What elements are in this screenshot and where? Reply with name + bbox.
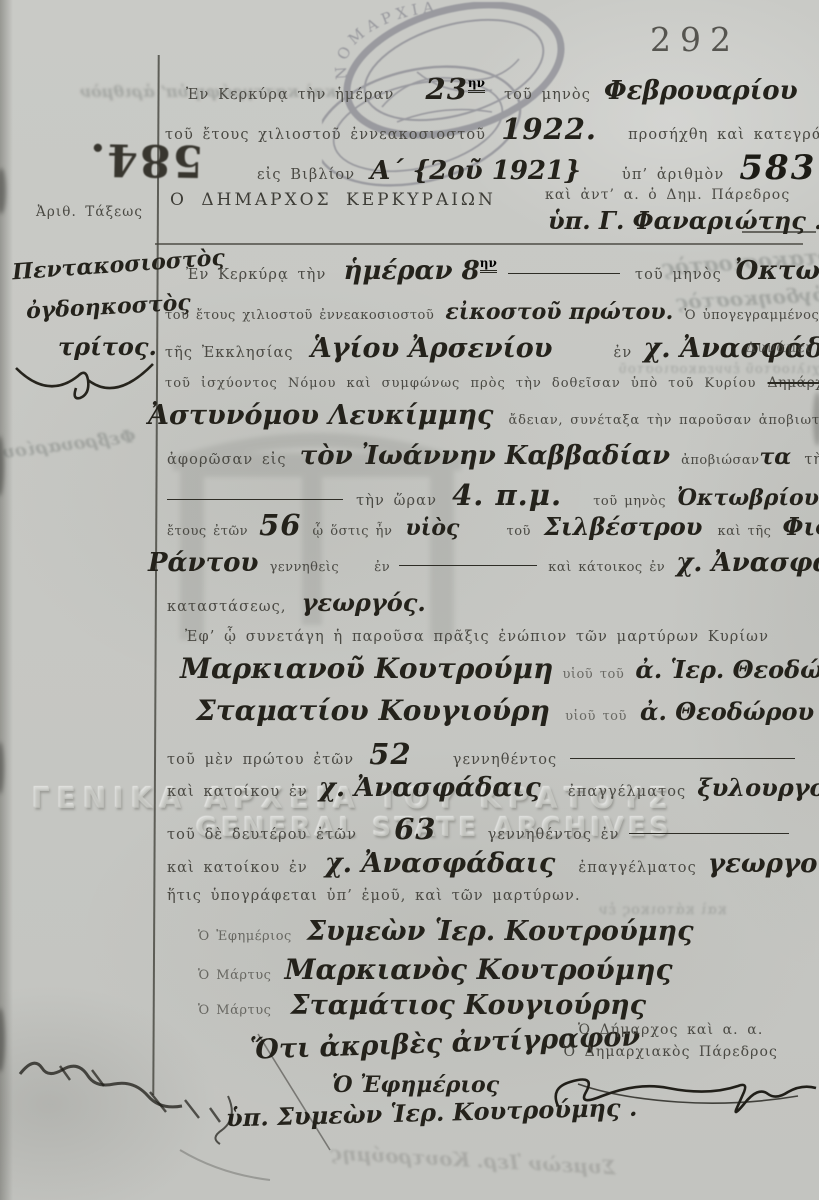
- field-witness1-village: χ. Ἀνασφάδαις: [319, 773, 541, 803]
- mayor-deputy-note-1: Ὁ Δήμαρχος καὶ α. α.: [578, 1022, 763, 1038]
- form-text: Ὁ ὑπογεγραμμένος Ἐφημέριος: [684, 308, 819, 323]
- witness2-signature: Σταμάτιος Κουγιούρης: [291, 990, 647, 1021]
- bleedthrough-text: Φεβρουαρίου: [1, 426, 137, 463]
- form-text: καὶ κατοίκου ἐν: [167, 784, 308, 800]
- field-witness2-occupation: γεωργοῦ: [708, 849, 819, 879]
- margin-ordinal-word-3: τρίτος.: [58, 332, 157, 361]
- deputy-mayor-flourish-signature: [548, 1058, 819, 1128]
- form-text: ἀποβιώσαν: [681, 453, 759, 468]
- bleedthrough-text: Συμεὼν Ἱερ. Κουτρούμης: [330, 1141, 617, 1180]
- act-line-17: καὶ κατοίκου ἐν χ. Ἀνασφάδαις ἐπαγγέλματ…: [167, 848, 819, 879]
- form-text: γεννηθέντος: [453, 752, 558, 768]
- form-text-dynamei: Δυνάμει: [746, 340, 812, 356]
- header-line-2: τοῦ ἔτους χιλιοστοῦ ἐννεακοσιοστοῦ 1922.…: [165, 112, 819, 146]
- field-witness1-father: ἀ. Ἱερ. Θεοδώρου καὶ: [635, 655, 819, 684]
- form-text: ἄδειαν, συνέταξα τὴν παροῦσαν ἀποβιωτήρι…: [509, 413, 819, 428]
- form-text: τὴν ἡμέραν: [804, 452, 819, 468]
- form-text: ᾧ ὅστις ἦν: [313, 524, 393, 539]
- form-text: ἐπαγγέλματος: [568, 784, 686, 800]
- form-text: καὶ τῆς: [718, 524, 772, 539]
- edge-blot: [813, 392, 819, 446]
- form-text: ὑπ’ ἀριθμὸν: [622, 167, 724, 183]
- field-witness2-father: ἀ. Θεοδώρου: [640, 697, 814, 726]
- act-line-6: ἀφορῶσαν εἰς τὸν Ἰωάννην Καββαδίαν ἀποβι…: [167, 437, 819, 471]
- field-church-name: Ἁγίου Ἀρσενίου: [311, 333, 553, 364]
- field-registration-year: 1922.: [501, 112, 597, 146]
- blank-underline: [399, 563, 537, 566]
- form-text: γεννηθέντος ἐν: [488, 827, 620, 843]
- field-father-name: Σιλβέστρου: [544, 512, 702, 541]
- form-text: τοῦ μὲν πρώτου ἐτῶν: [167, 752, 354, 768]
- day-ordinal-suffix: ην: [480, 257, 497, 273]
- field-death-time: 4. π.μ.: [452, 478, 562, 512]
- form-text: ἐπαγγέλματος: [578, 860, 696, 876]
- mayor-title: Ο ΔΗΜΑΡΧΟΣ ΚΕΡΚΥΡΑΙΩΝ: [170, 190, 496, 210]
- act-line-10: καταστάσεως, γεωργός.: [167, 588, 426, 617]
- edge-blot: [0, 168, 6, 214]
- signature-stroke: [556, 1080, 816, 1112]
- form-text: τοῦ μηνὸς: [593, 494, 666, 509]
- signature-label: Ὁ Ἐφημέριος: [198, 929, 292, 944]
- form-text: ἀφορῶσαν εἰς: [167, 452, 287, 468]
- act-line-9: Ράντου γεννηθεὶς ἐν καὶ κάτοικος ἐν χ. Ἀ…: [148, 548, 819, 578]
- form-text: τοῦ μηνὸς: [504, 87, 591, 103]
- field-death-reg-day: ἡμέραν 8: [343, 256, 479, 286]
- act-line-witness-2: Σταματίου Κουγιούρη υἱοῦ τοῦ ἀ. Θεοδώρου: [196, 694, 814, 727]
- signature-witness-1: Ὁ Μάρτυς Μαρκιανὸς Κουτρούμης: [198, 953, 673, 986]
- act-line-14: τοῦ μὲν πρώτου ἐτῶν 52 γεννηθέντος: [167, 737, 795, 771]
- form-text: υἱοῦ τοῦ: [562, 667, 624, 682]
- field-residence-village: χ. Ἀνασφάδαις: [676, 548, 819, 578]
- blank-underline: [167, 497, 343, 500]
- witness1-signature: Μαρκιανὸς Κουτρούμης: [285, 953, 673, 986]
- form-text: ἐν: [614, 345, 633, 361]
- act-line-7: τὴν ὥραν 4. π.μ. τοῦ μηνὸς Ὀκτωβρίου τοῦ…: [167, 478, 819, 512]
- field-witness1-age: 52: [369, 737, 411, 771]
- blank-underline: [570, 756, 795, 759]
- form-text: τοῦ ἔτους χιλιοστοῦ ἐννεακοσιοστοῦ: [165, 127, 486, 143]
- field-witness2-village: χ. Ἀνασφάδαις: [325, 848, 555, 879]
- form-text: Ἐν Κερκύρᾳ τὴν: [186, 267, 326, 283]
- blank-underline: [508, 271, 620, 274]
- act-line-15: καὶ κατοίκου ἐν χ. Ἀνασφάδαις ἐπαγγέλματ…: [167, 773, 819, 803]
- form-text: ἔτους ἐτῶν: [167, 524, 248, 539]
- field-son-of: υἱὸς: [405, 515, 459, 541]
- form-text: γεννηθεὶς: [270, 560, 340, 575]
- act-line-3: τῆς Ἐκκλησίας Ἁγίου Ἀρσενίου ἐν χ. Ἀνασφ…: [165, 333, 819, 364]
- field-registration-month: Φεβρουαρίου: [604, 76, 798, 106]
- field-registration-number: 583.: [739, 148, 819, 188]
- field-death-reg-month: Ὀκτωβρίου: [735, 256, 819, 286]
- act-line-2: τοῦ ἔτους χιλιοστοῦ ἐννεακοσιοστοῦ εἰκοσ…: [165, 299, 819, 325]
- form-text: τοῦ μηνὸς: [635, 267, 722, 283]
- signature-witness-2: Ὁ Μάρτυς Σταμάτιος Κουγιούρης: [198, 990, 646, 1021]
- deputy-mayor-signature: ὑπ. Γ. Φαναριώτης .: [548, 206, 819, 235]
- form-text: τὴν ὥραν: [356, 493, 437, 509]
- form-text: Ἐν Κερκύρᾳ τὴν ἡμέραν: [186, 87, 394, 103]
- field-deceased-name: τὸν Ἰωάννην Καββαδίαν: [300, 441, 670, 471]
- form-text: ἐν: [374, 560, 390, 575]
- act-line-1: Ἐν Κερκύρᾳ τὴν ἡμέραν 8ην τοῦ μηνὸς Ὀκτω…: [186, 256, 819, 286]
- form-text: εἰς Βιβλίον: [257, 167, 355, 183]
- form-text: υἱοῦ τοῦ: [565, 709, 627, 724]
- act-line-5: Ἀστυνόμου Λευκίμμης ἄδειαν, συνέταξα τὴν…: [148, 400, 819, 431]
- decorative-stroke: [16, 364, 153, 398]
- field-registration-day: 23: [426, 72, 468, 106]
- struck-word-mayor: Δημάρχου: [768, 375, 819, 391]
- blank-underline: [629, 831, 789, 834]
- form-text: καὶ κάτοικος ἐν: [548, 560, 665, 575]
- field-word-ending: τα: [760, 444, 792, 470]
- field-witness1-name: Μαρκιανοῦ Κουτρούμη: [180, 652, 553, 685]
- header-line-3: εἰς Βιβλίον Α´ {2οῦ 1921} ὑπ’ ἀριθμὸν 58…: [257, 148, 819, 188]
- decorative-stroke: [258, 1034, 330, 1150]
- priest-signature: Συμεὼν Ἱερ. Κουτρούμης: [307, 916, 694, 947]
- page-number: 292: [650, 20, 740, 59]
- act-line-11: Ἐφ’ ᾧ συνετάγη ἡ παροῦσα πρᾶξις ἐνώπιον …: [185, 629, 769, 645]
- header-line-1: Ἐν Κερκύρᾳ τὴν ἡμέραν 23ην τοῦ μηνὸς Φεβ…: [186, 72, 798, 106]
- field-register-book: Α´ {2οῦ 1921}: [370, 156, 581, 186]
- certifier-role: Ὁ Ἐφημέριος: [332, 1072, 499, 1098]
- field-mother-surname: Ράντου: [148, 548, 258, 578]
- field-witness2-age: 63: [394, 812, 436, 846]
- form-text: τοῦ: [507, 524, 531, 539]
- deputy-mayor-title: καὶ ἀντ’ α. ὁ Δημ. Πάρεδρος: [545, 187, 790, 203]
- act-line-witness-1: Μαρκιανοῦ Κουτρούμη υἱοῦ τοῦ ἀ. Ἱερ. Θεο…: [180, 652, 819, 685]
- form-text: καὶ κατοίκου ἐν: [167, 860, 308, 876]
- bleedthrough-registration-number: 584.: [88, 133, 204, 186]
- field-deceased-age: 56: [259, 508, 301, 542]
- field-permit-authority: Ἀστυνόμου Λευκίμμης: [148, 400, 493, 431]
- scanned-death-record-page: ΓΕΝΙΚΑ ΑΡΧΕΙΑ ΤΟΥ ΚΡΑΤΟΥΣ GENERAL STATE …: [0, 0, 819, 1200]
- margin-order-number-label: Ἀριθ. Τάξεως: [36, 204, 143, 220]
- edge-blot: [0, 742, 4, 794]
- field-deceased-occupation: γεωργός.: [302, 588, 426, 617]
- act-line-8: ἔτους ἐτῶν 56 ᾧ ὅστις ἦν υἱὸς τοῦ Σιλβέσ…: [167, 508, 819, 542]
- act-line-4: τοῦ ἰσχύοντος Νόμου καὶ συμφώνως πρὸς τὴ…: [165, 372, 819, 391]
- signature-label: Ὁ Μάρτυς: [198, 968, 271, 983]
- signature-priest: Ὁ Ἐφημέριος Συμεὼν Ἱερ. Κουτρούμης: [198, 916, 694, 947]
- field-mother-name: Φιώρης: [783, 512, 819, 541]
- act-line-18: ἥτις ὑπογράφεται ὑπ’ ἐμοῦ, καὶ τῶν μαρτύ…: [167, 888, 581, 904]
- field-witness2-name: Σταματίου Κουγιούρη: [196, 694, 550, 727]
- day-ordinal-suffix: ην: [468, 77, 485, 93]
- ink-scribbles: [0, 1030, 350, 1190]
- header-horizontal-rule: [155, 243, 803, 245]
- form-text: προσήχθη καὶ κατεγράφη: [628, 127, 819, 143]
- form-text: καταστάσεως,: [167, 599, 287, 615]
- form-text: τῆς Ἐκκλησίας: [165, 345, 294, 361]
- signature-label: Ὁ Μάρτυς: [198, 1003, 271, 1018]
- decorative-stroke: [180, 1150, 270, 1180]
- field-witness1-occupation: ξυλουργοῦ: [697, 773, 819, 802]
- form-text: τοῦ ἔτους χιλιοστοῦ ἐννεακοσιοστοῦ: [165, 308, 434, 323]
- margin-flourish: [12, 358, 157, 404]
- act-line-16: τοῦ δὲ δευτέρου ἐτῶν 63 γεννηθέντος ἐν: [167, 812, 789, 846]
- form-text: τοῦ ἰσχύοντος Νόμου καὶ συμφώνως πρὸς τὴ…: [165, 376, 756, 391]
- decorative-stroke: [60, 1066, 220, 1122]
- field-death-reg-year: εἰκοστοῦ πρώτου.: [445, 299, 673, 325]
- form-text: τοῦ δὲ δευτέρου ἐτῶν: [167, 827, 357, 843]
